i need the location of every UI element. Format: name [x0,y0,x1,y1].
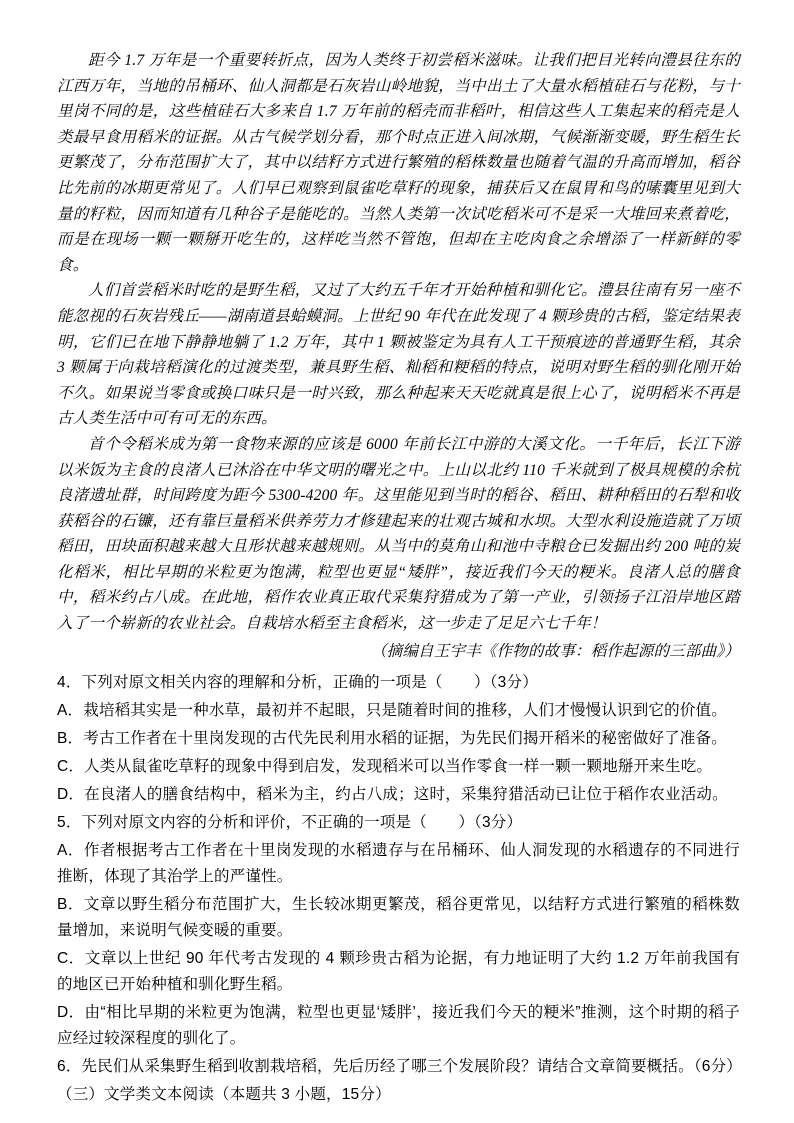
question-4-stem: 4．下列对原文相关内容的理解和分析，正确的一项是（ ）（3分） [57,670,740,696]
question-6-stem: 6．先民们从采集野生稻到收割栽培稻，先后历经了哪三个发展阶段？请结合文章简要概括… [57,1054,740,1080]
passage-paragraph-3: 首个令稻米成为第一食物来源的应该是 6000 年前长江中游的大溪文化。一千年后，… [57,432,740,637]
passage-paragraph-2: 人们首尝稻米时吃的是野生稻，又过了大约五千年才开始种植和驯化它。澧县往南有另一座… [57,278,740,432]
question-5-stem: 5．下列对原文内容的分析和评价，不正确的一项是（ ）（3分） [57,810,740,836]
question-4-option-a: A．栽培稻其实是一种水草，最初并不起眼，只是随着时间的推移，人们才慢慢认识到它的… [57,698,740,724]
question-5-option-a: A．作者根据考古工作者在十里岗发现的水稻遗存与在吊桶环、仙人洞发现的水稻遗存的不… [57,838,740,890]
question-4-option-c: C．人类从鼠雀吃草籽的现象中得到启发，发现稻米可以当作零食一样一颗一颗地掰开来生… [57,754,740,780]
questions-section: 4．下列对原文相关内容的理解和分析，正确的一项是（ ）（3分） A．栽培稻其实是… [57,670,740,1108]
question-4-option-b: B．考古工作者在十里岗发现的古代先民利用水稻的证据，为先民们揭开稻米的秘密做好了… [57,726,740,752]
question-5-option-b: B．文章以野生稻分布范围扩大，生长较冰期更繁茂，稻谷更常见，以结籽方式进行繁殖的… [57,892,740,944]
question-5-option-d: D．由“相比早期的米粒更为饱满，粒型也更显‘矮胖’，接近我们今天的粳米”推测，这… [57,1000,740,1052]
reading-passage: 距今 1.7 万年是一个重要转折点，因为人类终于初尝稻米滋味。让我们把目光转向澧… [57,48,740,664]
exam-page: 距今 1.7 万年是一个重要转折点，因为人类终于初尝稻米滋味。让我们把目光转向澧… [0,0,794,1123]
section-heading-literary-reading: （三）文学类文本阅读（本题共 3 小题，15分） [57,1082,740,1108]
passage-paragraph-1: 距今 1.7 万年是一个重要转折点，因为人类终于初尝稻米滋味。让我们把目光转向澧… [57,48,740,278]
question-4-option-d: D．在良渚人的膳食结构中，稻米为主，约占八成；这时，采集狩猎活动已让位于稻作农业… [57,782,740,808]
question-5-option-c: C．文章以上世纪 90 年代考古发现的 4 颗珍贵古稻为论据，有力地证明了大约 … [57,946,740,998]
passage-attribution: （摘编自王宇丰《作物的故事：稻作起源的三部曲》） [57,639,740,665]
